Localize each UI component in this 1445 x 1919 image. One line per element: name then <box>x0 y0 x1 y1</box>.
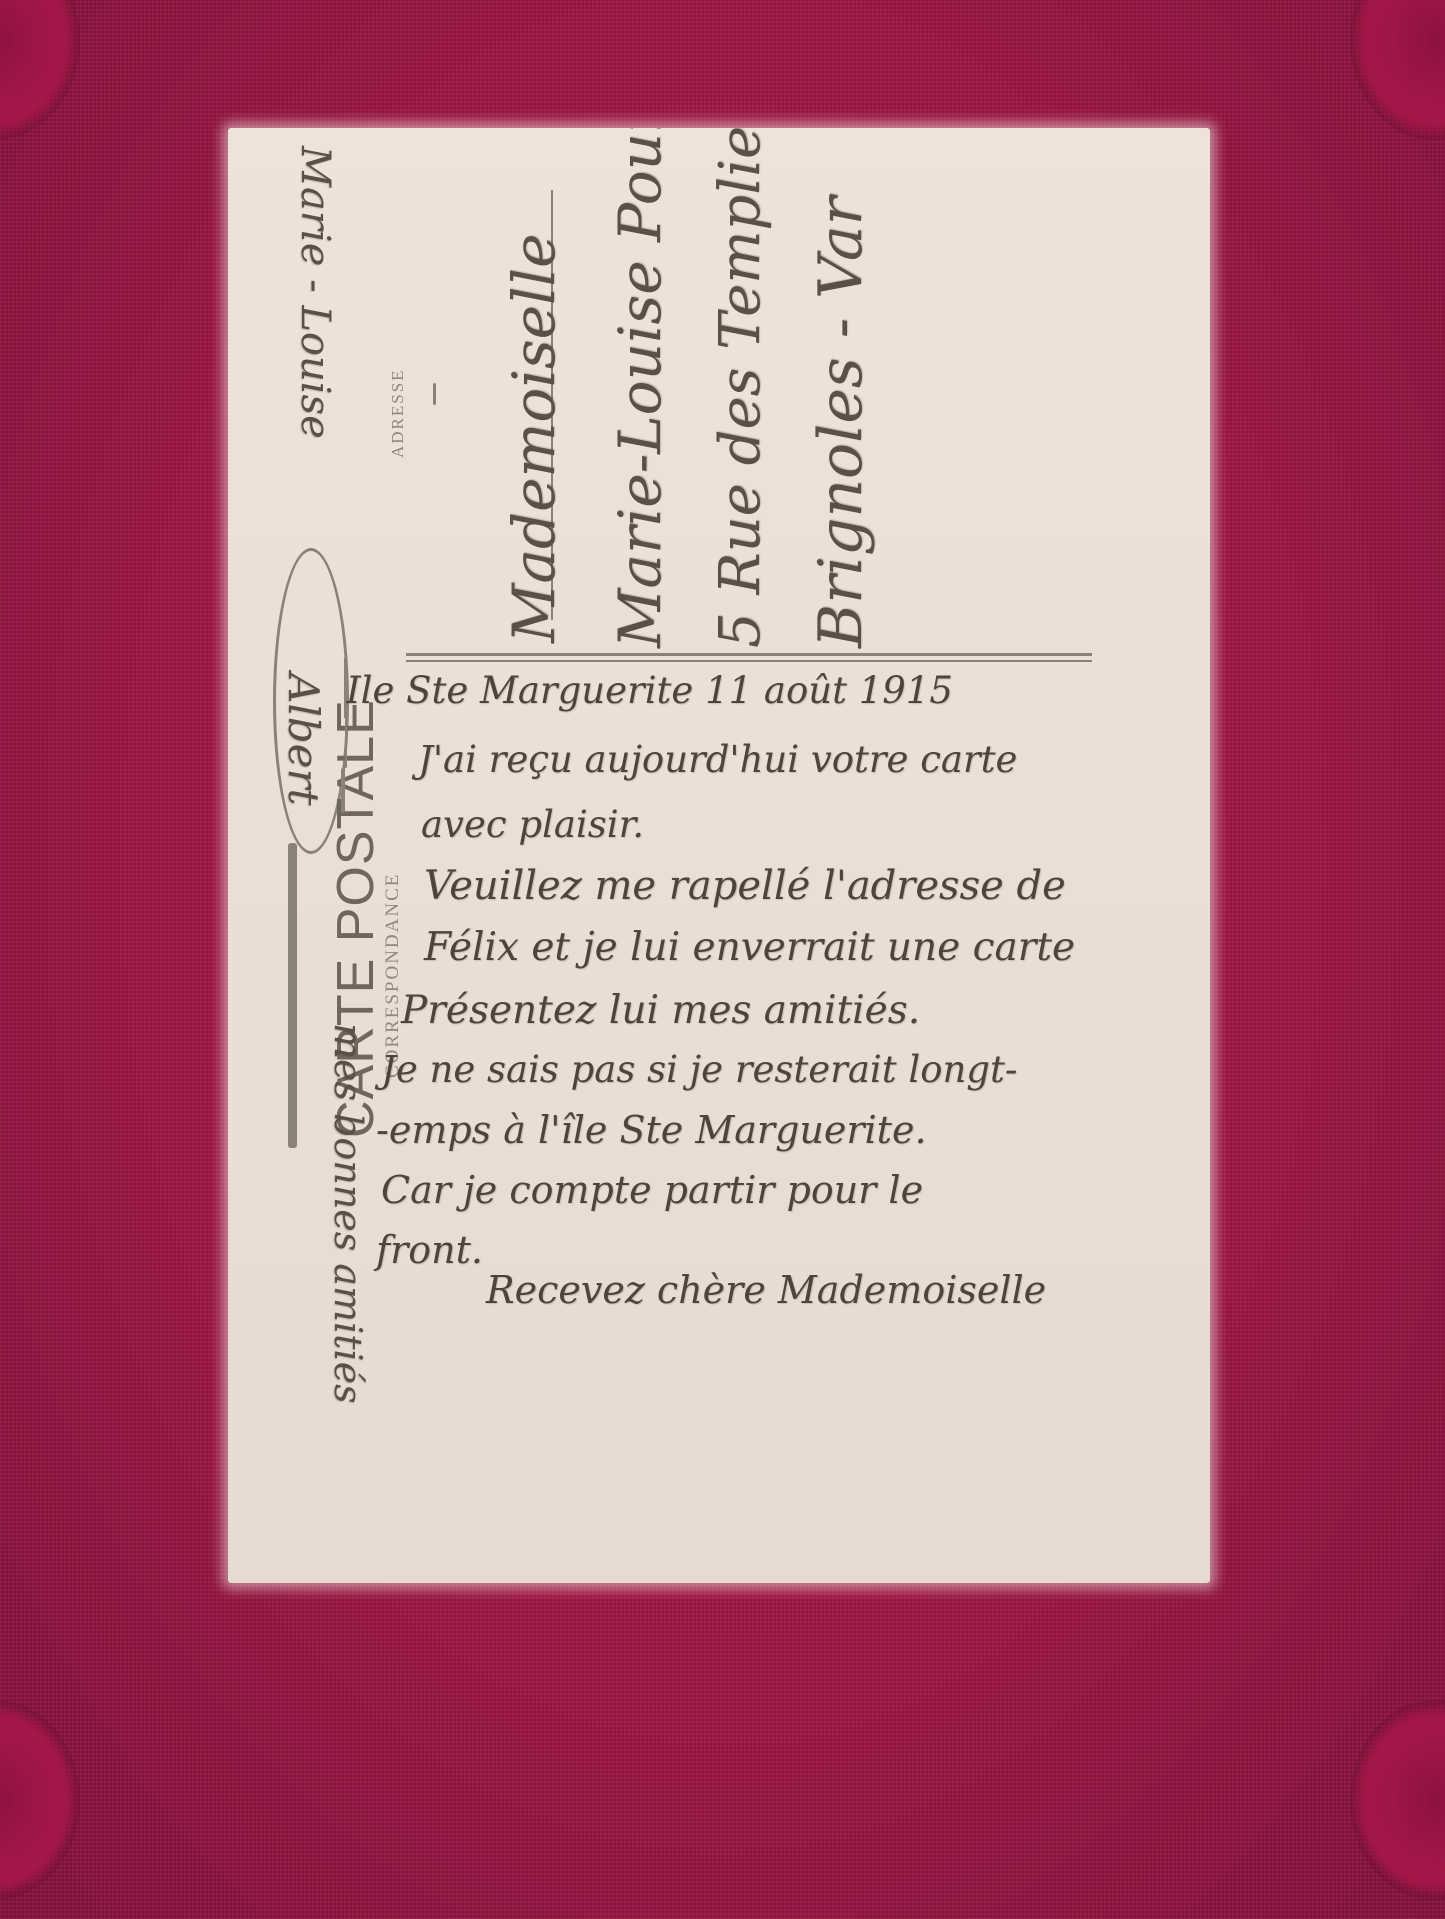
message-line: Veuillez me rapellé l'adresse de <box>424 863 1066 909</box>
message-line: front. <box>376 1228 483 1272</box>
upholstery-button-top-right <box>1350 0 1445 140</box>
address-line-1: Mademoiselle <box>500 234 568 643</box>
message-line: Car je compte partir pour le <box>381 1168 923 1212</box>
message-line: avec plaisir. <box>421 803 644 846</box>
message-body: Ile Ste Marguerite 11 août 1915 J'ai reç… <box>346 663 1206 1563</box>
message-line: Présentez lui mes amitiés. <box>401 988 920 1033</box>
message-line: Je ne sais pas si je resterait longt- <box>381 1048 1017 1091</box>
message-margin-line <box>344 658 346 718</box>
message-line: Recevez chère Mademoiselle <box>486 1268 1046 1312</box>
message-line: J'ai reçu aujourd'hui votre carte <box>418 738 1017 781</box>
printed-marker <box>341 768 345 813</box>
section-divider-2 <box>406 660 1092 662</box>
address-label: ADRESSE <box>388 368 408 458</box>
upholstery-button-top-left <box>0 0 80 140</box>
message-line: Félix et je lui enverrait une carte <box>424 925 1075 970</box>
signature: Albert <box>279 673 328 805</box>
message-line: -emps à l'île Ste Marguerite. <box>376 1108 927 1152</box>
message-header: Ile Ste Marguerite 11 août 1915 <box>346 669 953 712</box>
section-divider <box>406 653 1092 656</box>
upholstery-button-bottom-right <box>1350 1700 1445 1900</box>
upholstery-button-bottom-left <box>0 1700 80 1900</box>
signature-stem <box>288 843 297 1148</box>
address-line-3: 5 Rue des Templiers <box>708 128 773 648</box>
greeting-name: Marie - Louise <box>292 146 338 439</box>
address-line-4: Brignoles - Var <box>806 197 876 648</box>
address-tick <box>433 383 436 405</box>
postcard: Marie - Louise Albert CARTE POSTALE mes … <box>228 128 1210 1583</box>
address-line-2: Marie-Louise Pourrière <box>606 128 674 648</box>
